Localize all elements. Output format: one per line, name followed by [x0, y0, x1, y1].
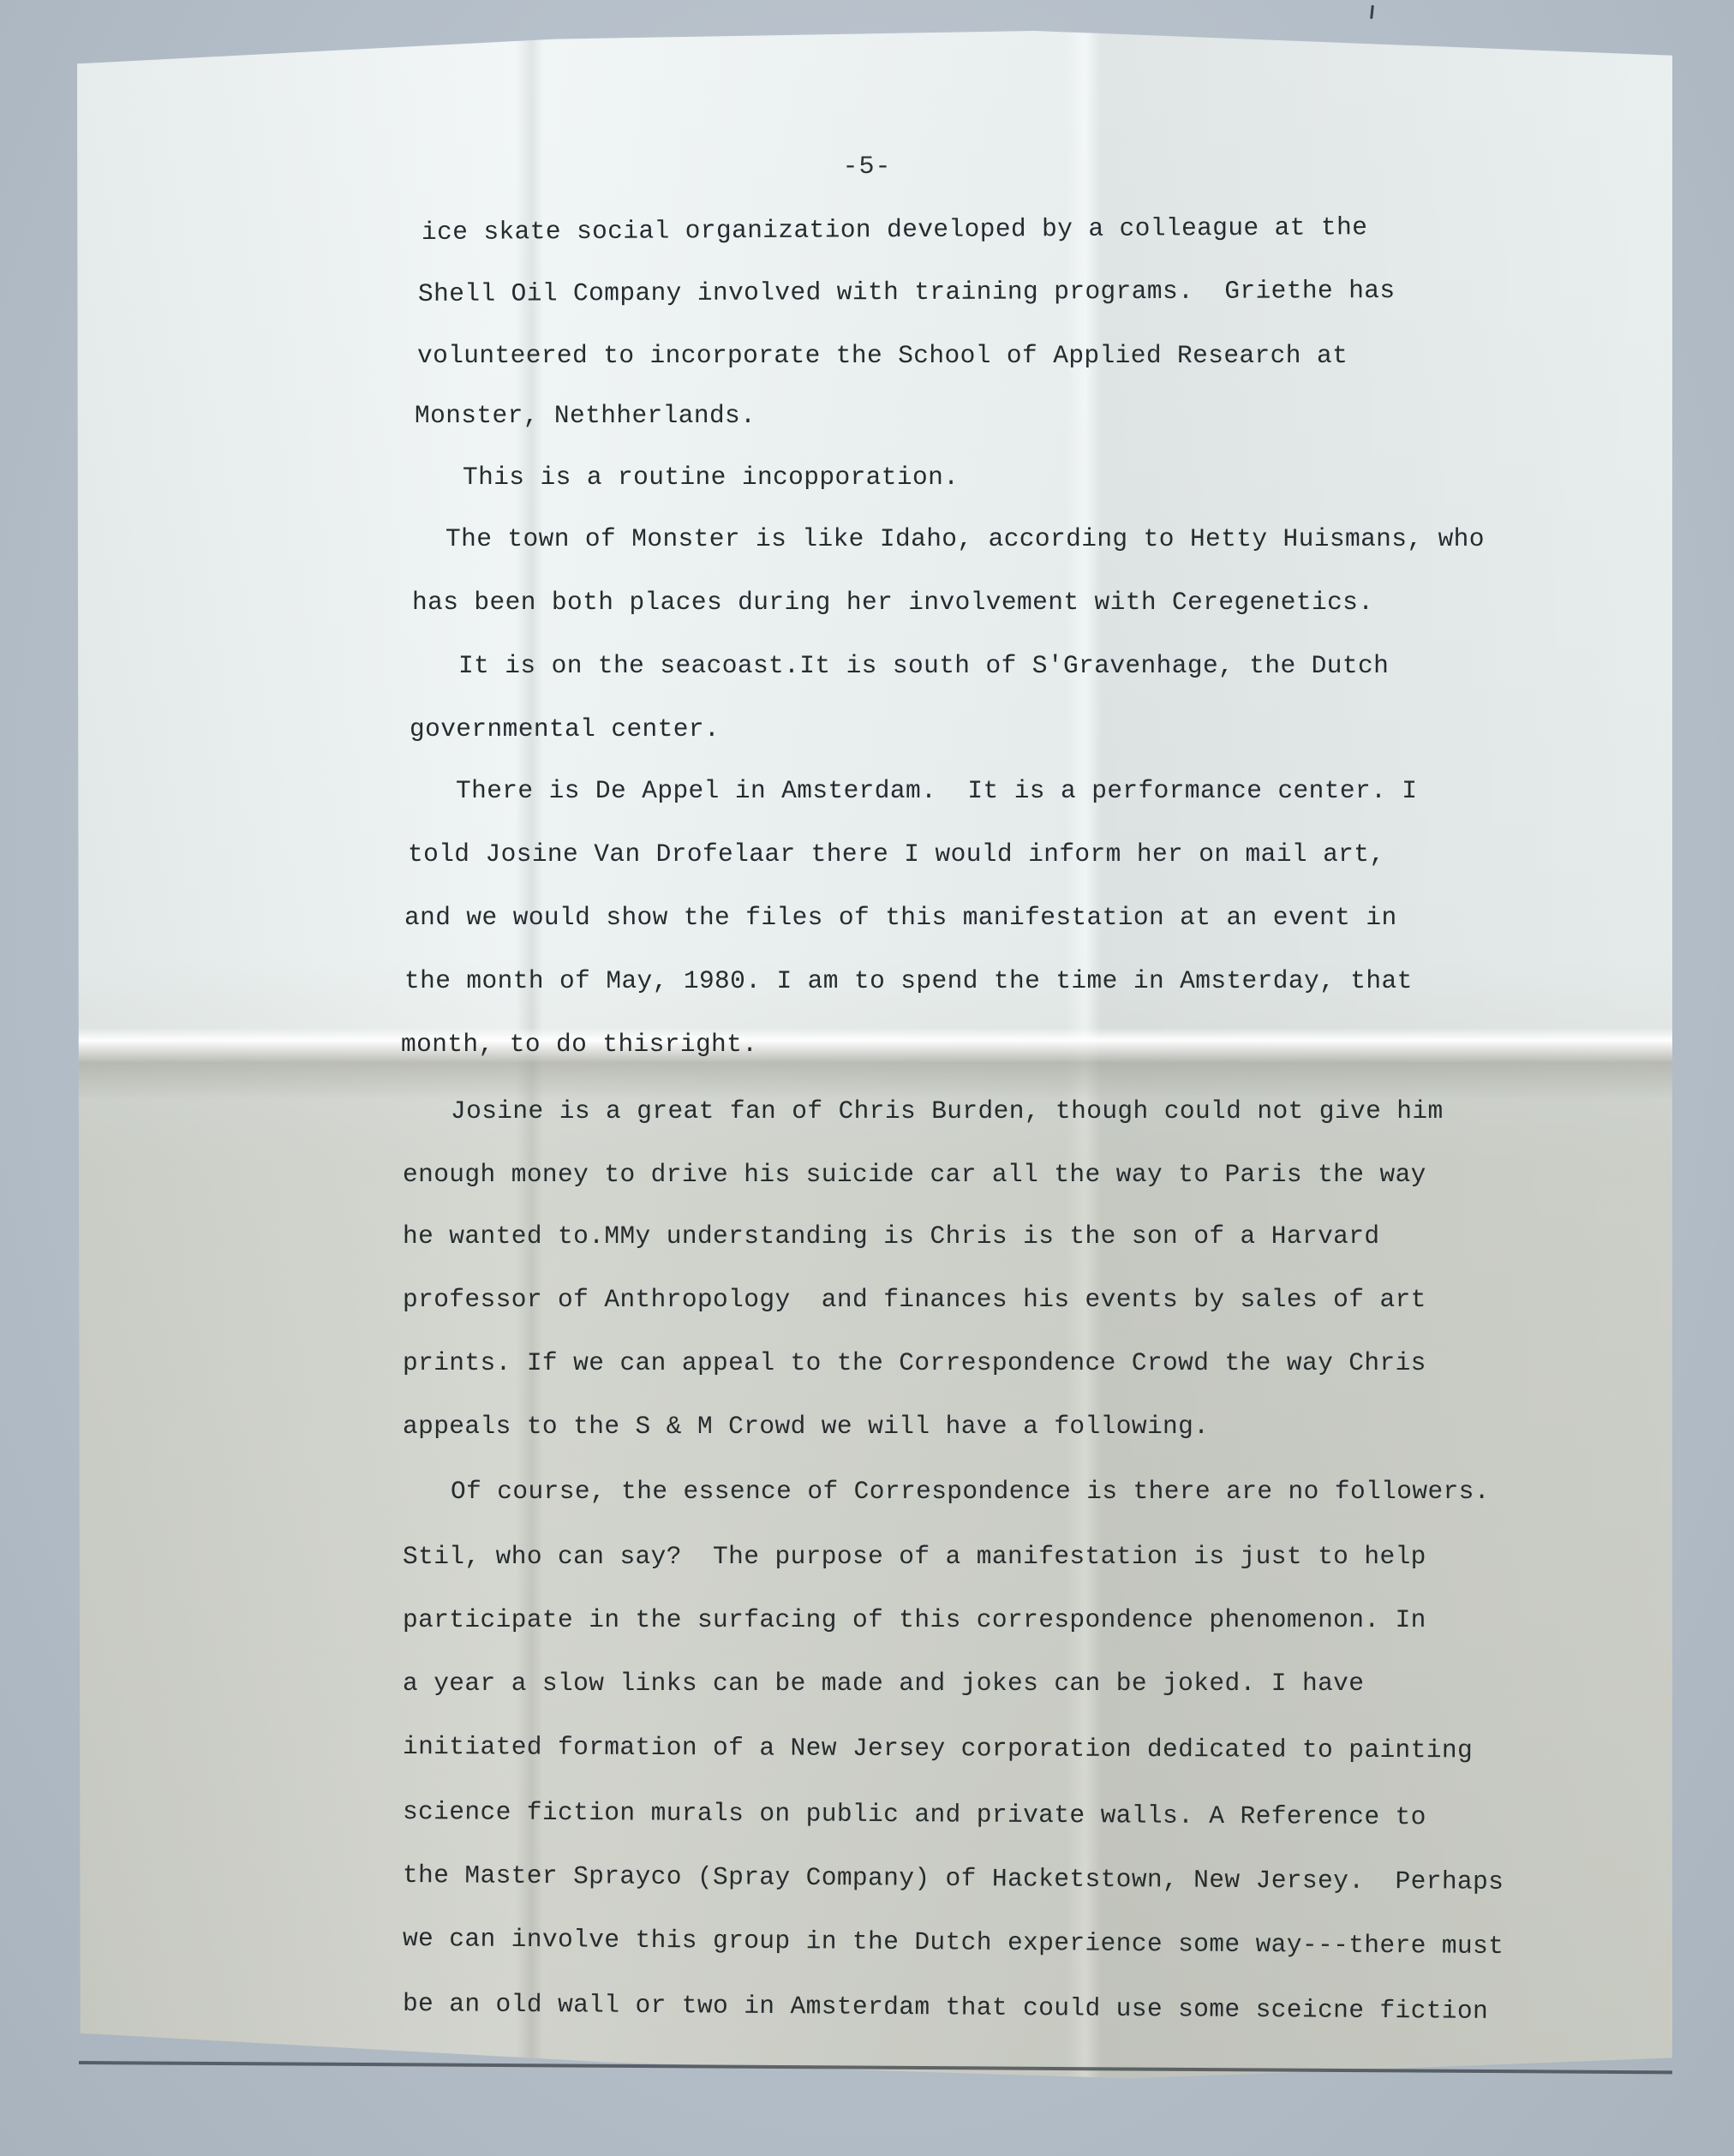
text-line: Of course, the essence of Correspondence…	[451, 1477, 1490, 1506]
text-line: volunteered to incorporate the School of…	[417, 341, 1348, 370]
text-line: initiated formation of a New Jersey corp…	[403, 1732, 1473, 1765]
text-line: enough money to drive his suicide car al…	[403, 1160, 1426, 1189]
text-line: This is a routine incopporation.	[463, 463, 959, 492]
text-line: the month of May, 1980. I am to spend th…	[404, 966, 1413, 995]
text-line: science fiction murals on public and pri…	[403, 1797, 1426, 1831]
text-line: Monster, Nethherlands.	[415, 401, 756, 430]
text-line: month, to do thisright.	[401, 1030, 757, 1059]
text-line: There is De Appel in Amsterdam. It is a …	[456, 776, 1417, 805]
text-line: be an old wall or two in Amsterdam that …	[403, 1989, 1488, 2026]
text-line: prints. If we can appeal to the Correspo…	[403, 1348, 1426, 1377]
text-line: participate in the surfacing of this cor…	[403, 1605, 1426, 1634]
text-line: Shell Oil Company involved with training…	[418, 276, 1396, 308]
text-line: told Josine Van Drofelaar there I would …	[408, 839, 1384, 869]
text-line: It is on the seacoast.It is south of S'G…	[458, 651, 1389, 680]
text-line: we can involve this group in the Dutch e…	[403, 1924, 1504, 1961]
text-line: Stil, who can say? The purpose of a mani…	[403, 1542, 1426, 1571]
text-line: a year a slow links can be made and joke…	[403, 1669, 1364, 1698]
text-line: professor of Anthropology and finances h…	[403, 1285, 1426, 1314]
text-line: the Master Sprayco (Spray Company) of Ha…	[403, 1860, 1504, 1896]
text-line: and we would show the files of this mani…	[404, 903, 1397, 932]
text-line: he wanted to.MMy understanding is Chris …	[403, 1221, 1379, 1251]
text-line: Josine is a great fan of Chris Burden, t…	[451, 1096, 1444, 1126]
text-line: ice skate social organization developed …	[422, 212, 1367, 247]
letter-body: ice skate social organization developed …	[0, 0, 1734, 2156]
text-line: The town of Monster is like Idaho, accor…	[445, 524, 1485, 553]
text-line: appeals to the S & M Crowd we will have …	[403, 1412, 1209, 1441]
text-line: governmental center.	[410, 714, 720, 744]
text-line: has been both places during her involvem…	[412, 588, 1373, 617]
